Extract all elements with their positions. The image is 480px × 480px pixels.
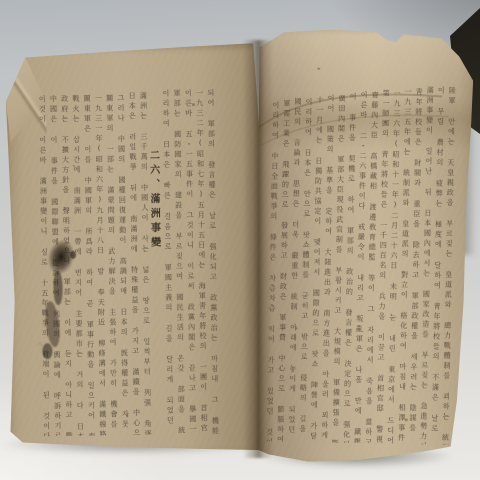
foxing-speck [126,414,128,417]
right-page: 陸軍 안에는 天皇親政을 부르짖는 皇道派와 總力戰體制를 꾀하는 統制派가 맞… [254,27,475,463]
left-page: 되어 軍部의 發言權은 날로 强化되고 政黨政治는 마침내 그 機能을 잃고 말… [1,42,265,456]
foxing-speck [317,68,320,70]
right-page-text: 陸軍 안에는 天皇親政을 부르짖는 皇道派와 總力戰體制를 꾀하는 統制派가 맞… [262,83,456,445]
book-gutter-shadow [243,40,273,458]
foxing-speck [295,328,297,330]
text-column: 되어 軍部의 發言權은 날로 强化되고 政黨政治는 마침내 그 機能을 잃고 말… [206,89,220,434]
photo-of-open-book: 되어 軍部의 發言權은 날로 强化되고 政黨政治는 마침내 그 機能을 잃고 말… [0,0,480,480]
text-column: 滿洲는 三千萬의 中國人이 사는 넓은 땅으로 일찍부터 列强 角逐의 舞臺가 … [138,92,152,437]
foxing-speck [73,165,75,167]
page-number: 八 [36,341,43,346]
left-page-text: 되어 軍部의 發言權은 날로 强化되고 政黨政治는 마침내 그 機能을 잃고 말… [29,89,220,437]
foxing-speck [192,103,195,106]
foxing-speck [405,418,408,421]
